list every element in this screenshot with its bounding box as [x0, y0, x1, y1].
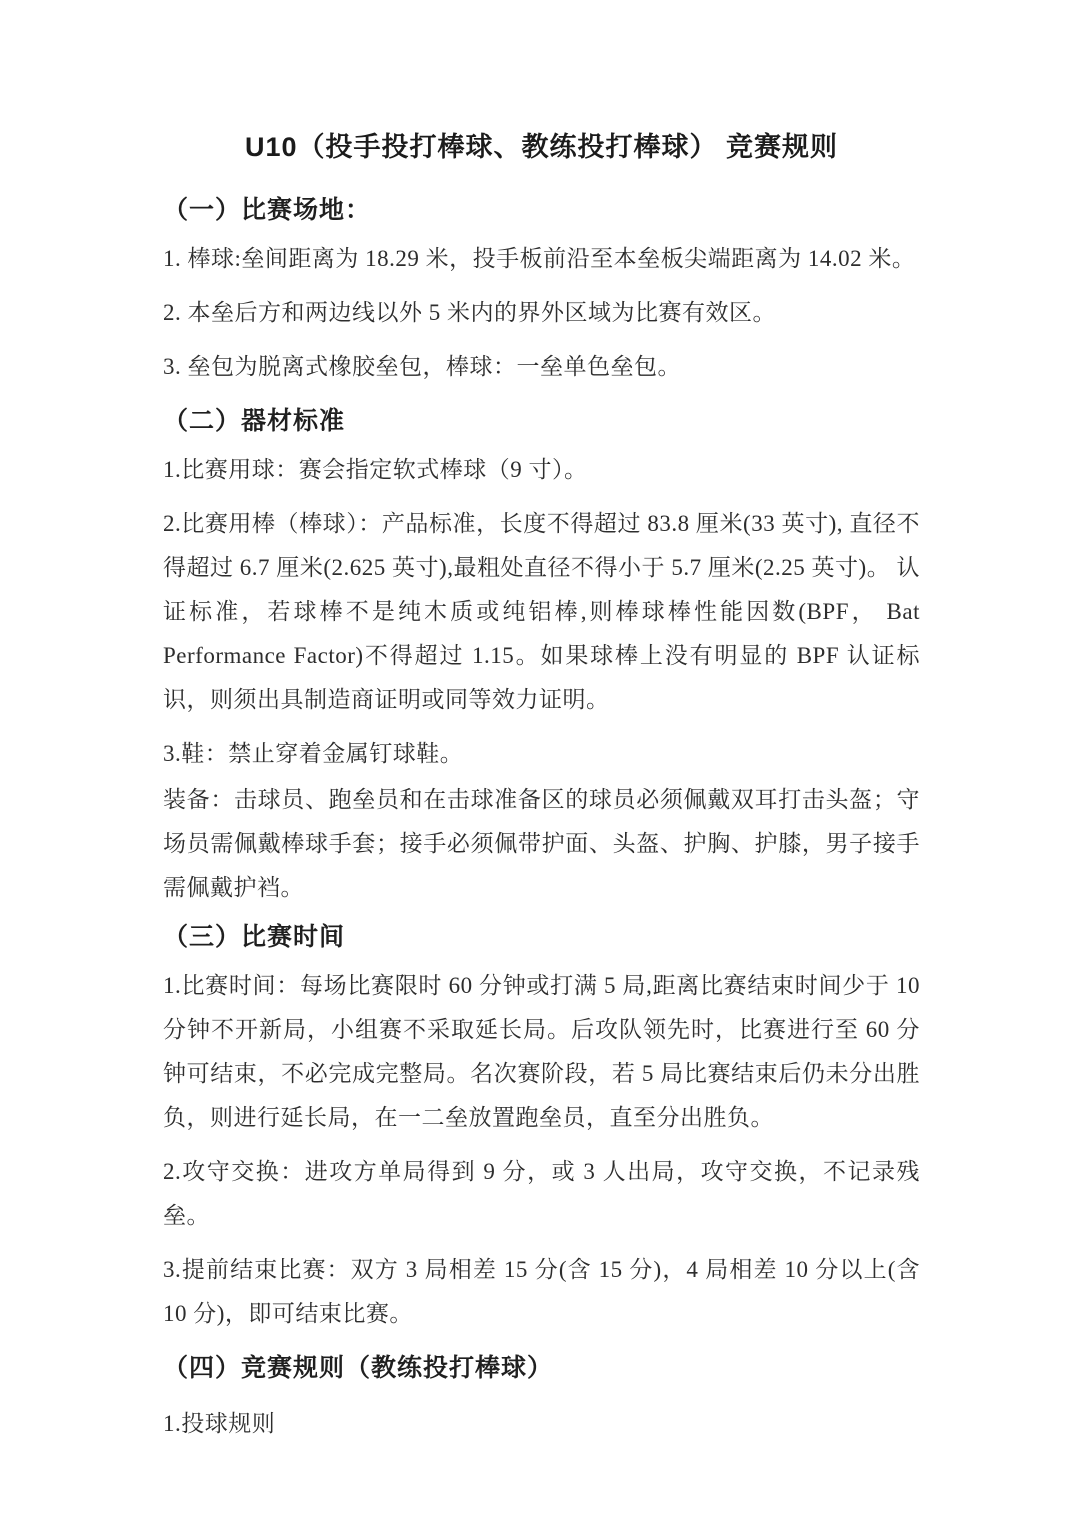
rule-item: 1. 棒球:垒间距离为 18.29 米，投手板前沿至本垒板尖端距离为 14.02… [163, 237, 920, 281]
section-heading-2: （二）器材标准 [163, 399, 920, 443]
rule-item: 1.投球规则 [163, 1402, 920, 1446]
rule-item: 2. 本垒后方和两边线以外 5 米内的界外区域为比赛有效区。 [163, 291, 920, 335]
section-heading-3: （三）比赛时间 [163, 915, 920, 959]
document-page: U10（投手投打棒球、教练投打棒球） 竞赛规则 （一）比赛场地： 1. 棒球:垒… [0, 0, 1080, 1529]
section-competition-rules: （四）竞赛规则（教练投打棒球） 1.投球规则 [163, 1346, 920, 1446]
section-game-time: （三）比赛时间 1.比赛时间：每场比赛限时 60 分钟或打满 5 局,距离比赛结… [163, 915, 920, 1336]
rule-item: 2.攻守交换：进攻方单局得到 9 分，或 3 人出局，攻守交换，不记录残垒。 [163, 1150, 920, 1238]
rule-item: 2.比赛用棒（棒球）：产品标准，长度不得超过 83.8 厘米(33 英寸), 直… [163, 502, 920, 722]
rule-item: 3.鞋：禁止穿着金属钉球鞋。 [163, 732, 920, 776]
section-heading-1: （一）比赛场地： [163, 188, 920, 232]
section-heading-4: （四）竞赛规则（教练投打棒球） [163, 1346, 920, 1390]
rule-item: 1.比赛时间：每场比赛限时 60 分钟或打满 5 局,距离比赛结束时间少于 10… [163, 964, 920, 1140]
document-title: U10（投手投打棒球、教练投打棒球） 竞赛规则 [163, 132, 920, 162]
section-equipment: （二）器材标准 1.比赛用球：赛会指定软式棒球（9 寸）。 2.比赛用棒（棒球）… [163, 399, 920, 910]
rule-item: 3. 垒包为脱离式橡胶垒包，棒球：一垒单色垒包。 [163, 345, 920, 389]
rule-item: 1.比赛用球：赛会指定软式棒球（9 寸）。 [163, 448, 920, 492]
rule-item: 3.提前结束比赛：双方 3 局相差 15 分(含 15 分)，4 局相差 10 … [163, 1248, 920, 1336]
rule-item: 装备：击球员、跑垒员和在击球准备区的球员必须佩戴双耳打击头盔；守场员需佩戴棒球手… [163, 778, 920, 910]
section-field: （一）比赛场地： 1. 棒球:垒间距离为 18.29 米，投手板前沿至本垒板尖端… [163, 188, 920, 389]
